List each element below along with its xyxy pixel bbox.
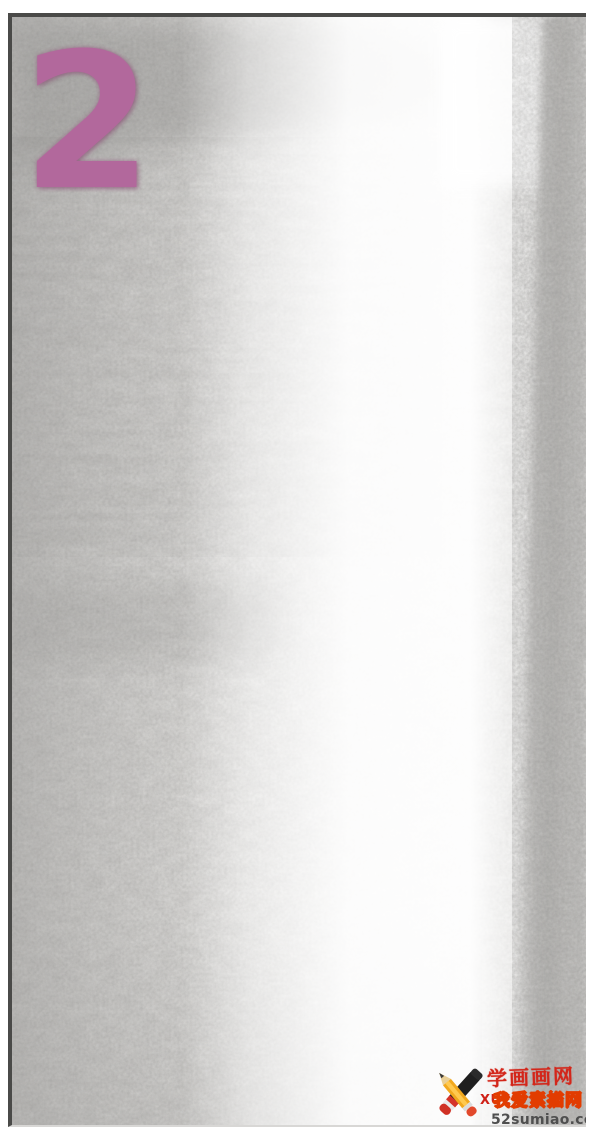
watermark-url: 52sumiao.com bbox=[491, 1112, 586, 1127]
screenshot-root: 2 bbox=[0, 0, 600, 1131]
watermark-middle-row: XUE 我爱素描网 bbox=[487, 1089, 586, 1111]
step-number: 2 bbox=[22, 31, 149, 215]
watermark-text: 学画画网 XUE 我爱素描网 52sumiao.com bbox=[487, 1065, 586, 1127]
watermark-overlay-text: 我爱素描网 bbox=[493, 1086, 583, 1111]
pencil-sketch-drawing: 2 bbox=[8, 13, 586, 1127]
pencil-and-marker-icon bbox=[430, 1066, 486, 1126]
watermark: 学画画网 XUE 我爱素描网 52sumiao.com bbox=[430, 1063, 586, 1127]
